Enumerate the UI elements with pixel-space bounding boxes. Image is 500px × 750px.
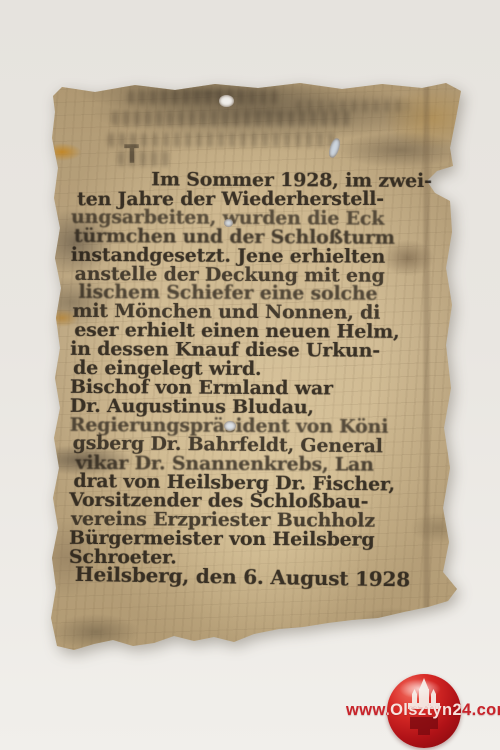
parchment-hole [219, 95, 234, 107]
faded-text-smudge [108, 133, 334, 147]
faded-text-smudge [128, 90, 278, 104]
faded-text-smudge [296, 100, 408, 112]
photo-background: Im Sommer 1928, im zwei- ten Jahre der W… [0, 0, 500, 750]
faded-text-smudge [118, 151, 172, 166]
document-text-block: Im Sommer 1928, im zwei- ten Jahre der W… [69, 170, 454, 588]
parchment-hole [224, 421, 236, 431]
watermark: www.Olsztyn24.com www.Olsztyn24.com [340, 660, 500, 750]
parchment-hole [224, 219, 233, 227]
faded-text-smudge [112, 111, 354, 126]
document-line: Heilsberg, den 6. August 1928 [75, 565, 457, 590]
